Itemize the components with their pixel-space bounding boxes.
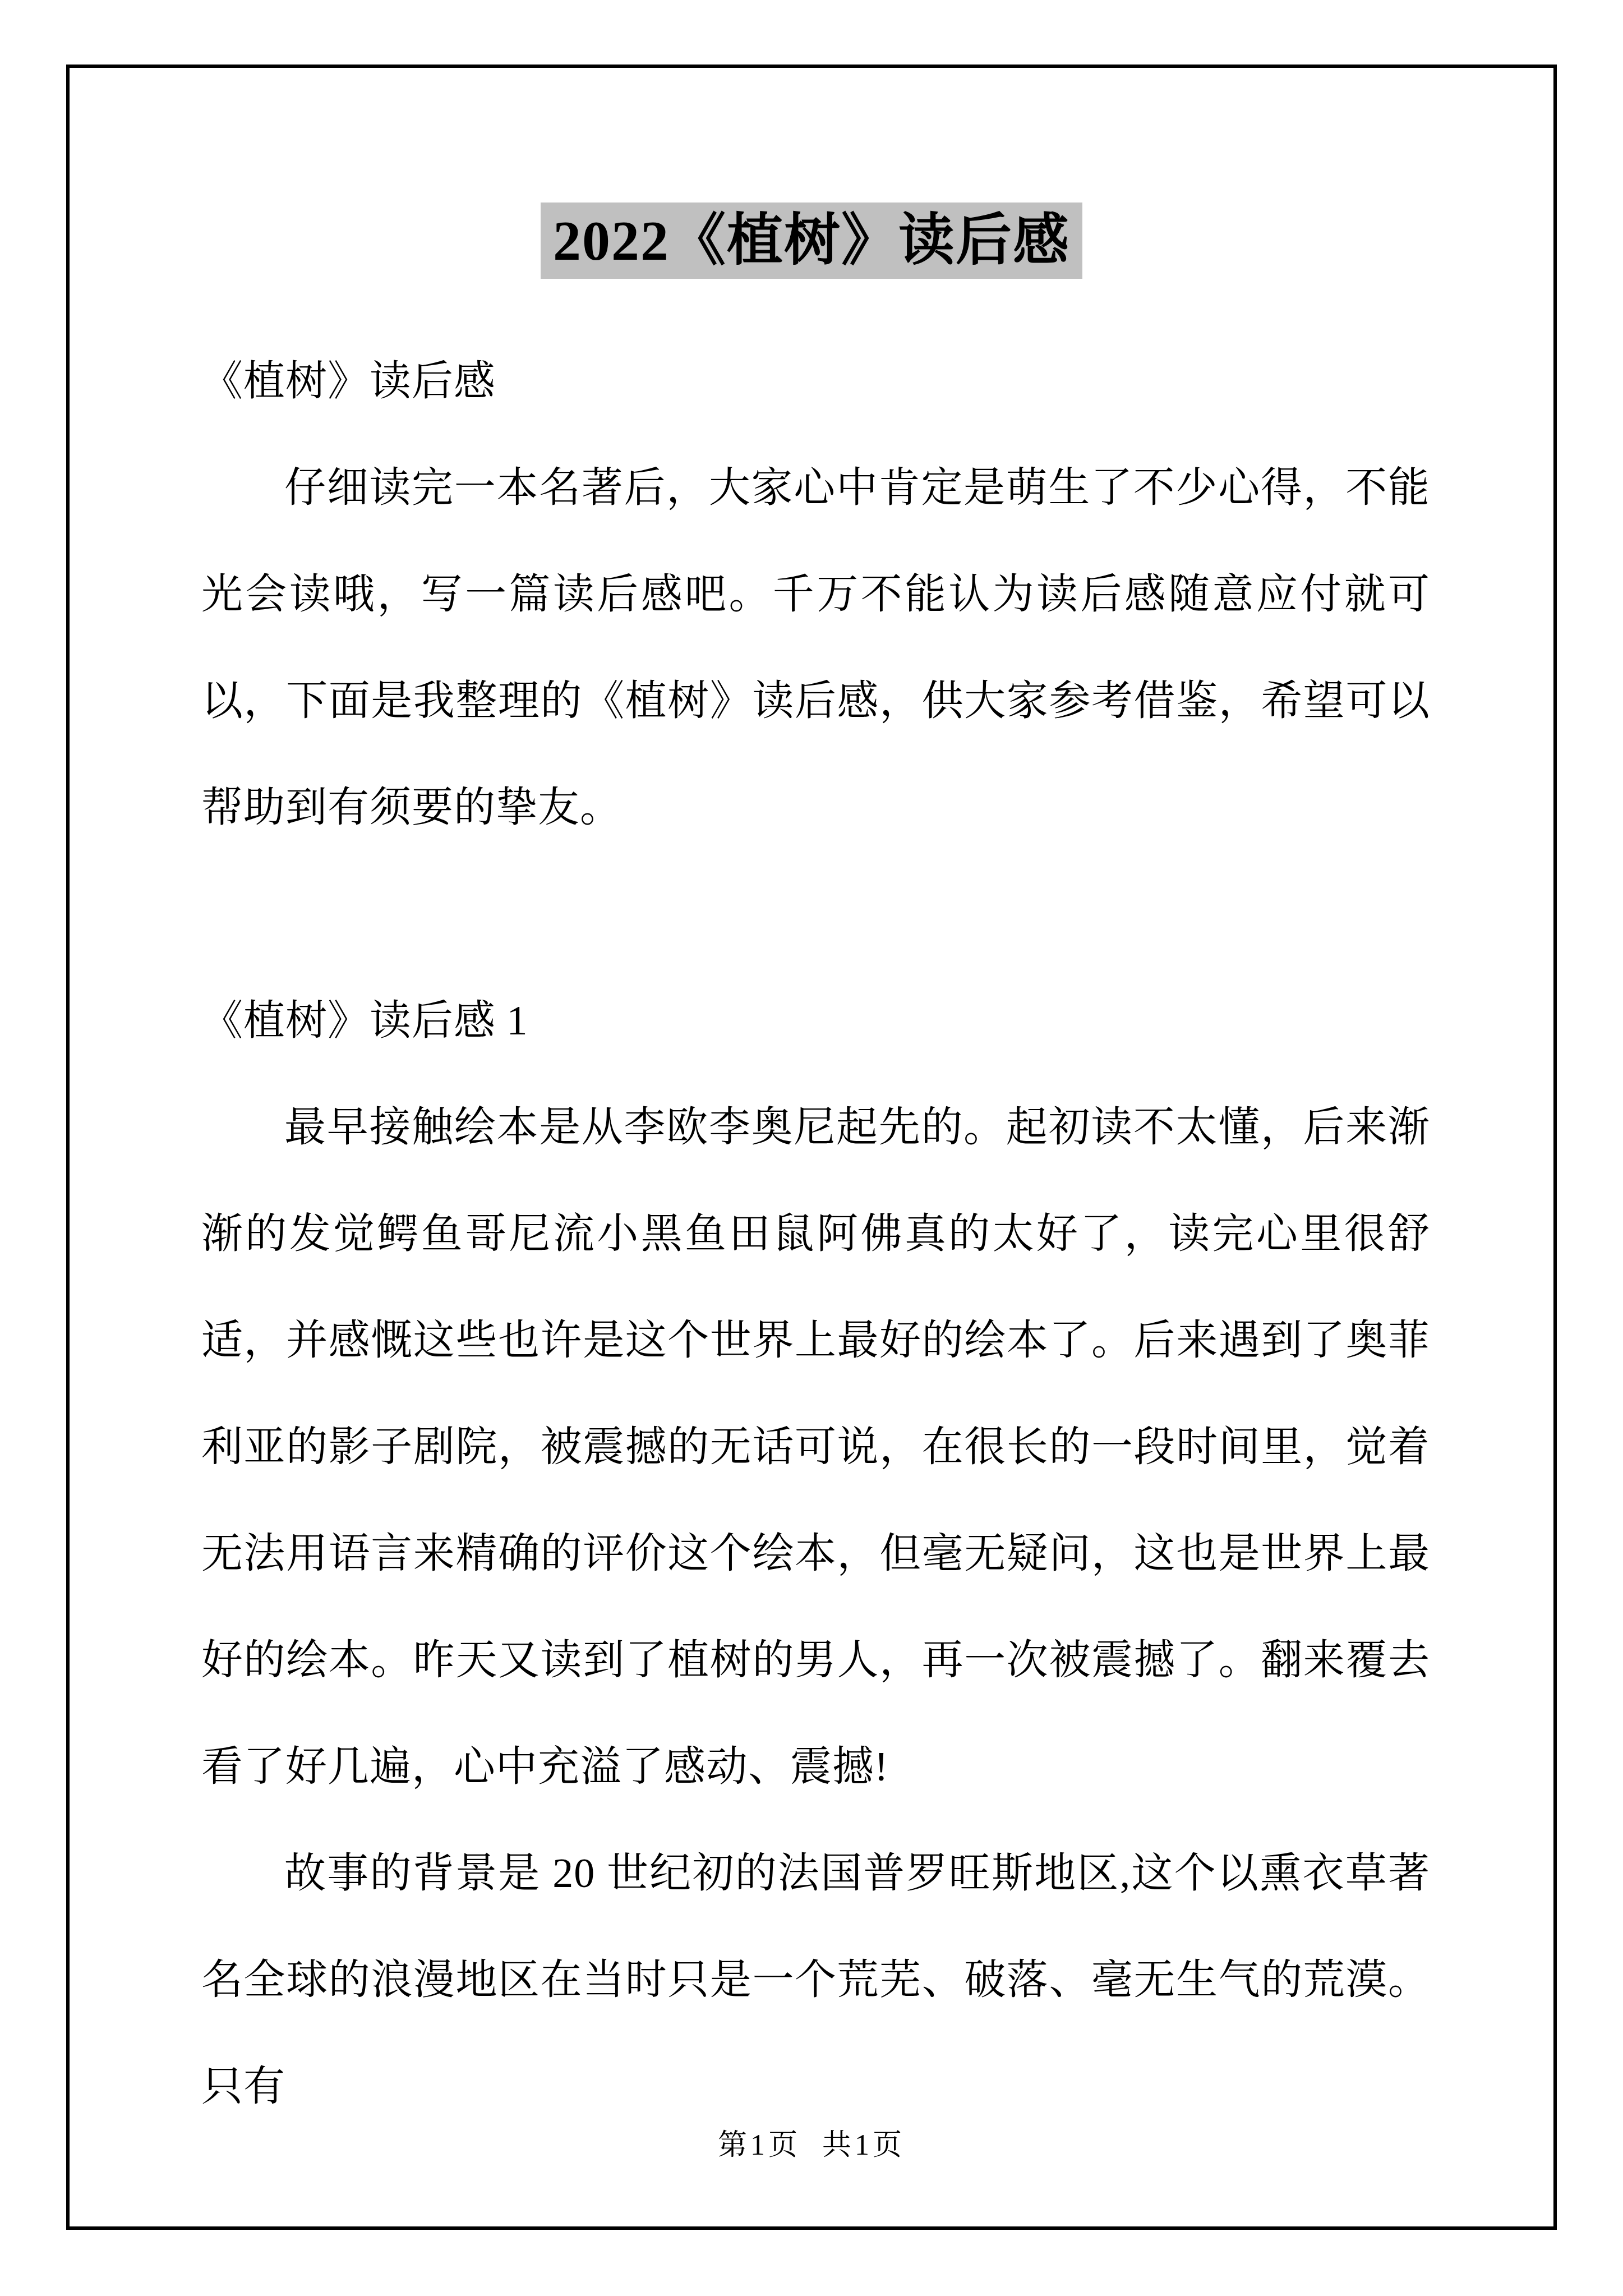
document-page: 2022《植树》读后感 《植树》读后感 仔细读完一本名著后，大家心中肯定是萌生了… — [0, 0, 1623, 2296]
section-heading: 《植树》读后感 1 — [201, 968, 1430, 1074]
page-number-footer: 第1页 共1页 — [70, 2131, 1553, 2160]
document-title: 2022《植树》读后感 — [541, 203, 1082, 279]
intro-paragraph: 仔细读完一本名著后，大家心中肯定是萌生了不少心得，不能光会读哦，写一篇读后感吧。… — [201, 435, 1430, 861]
document-title-row: 2022《植树》读后感 — [70, 203, 1553, 279]
subtitle-line: 《植树》读后感 — [201, 328, 1430, 435]
blank-line-spacer — [201, 861, 1430, 968]
page-border-frame: 2022《植树》读后感 《植树》读后感 仔细读完一本名著后，大家心中肯定是萌生了… — [66, 65, 1557, 2230]
section-1-paragraph-2: 故事的背景是 20 世纪初的法国普罗旺斯地区,这个以熏衣草著名全球的浪漫地区在当… — [201, 1820, 1430, 2140]
document-body: 《植树》读后感 仔细读完一本名著后，大家心中肯定是萌生了不少心得，不能光会读哦，… — [70, 328, 1553, 2140]
section-1-paragraph-1: 最早接触绘本是从李欧李奥尼起先的。起初读不太懂，后来渐渐的发觉鳄鱼哥尼流小黑鱼田… — [201, 1074, 1430, 1820]
